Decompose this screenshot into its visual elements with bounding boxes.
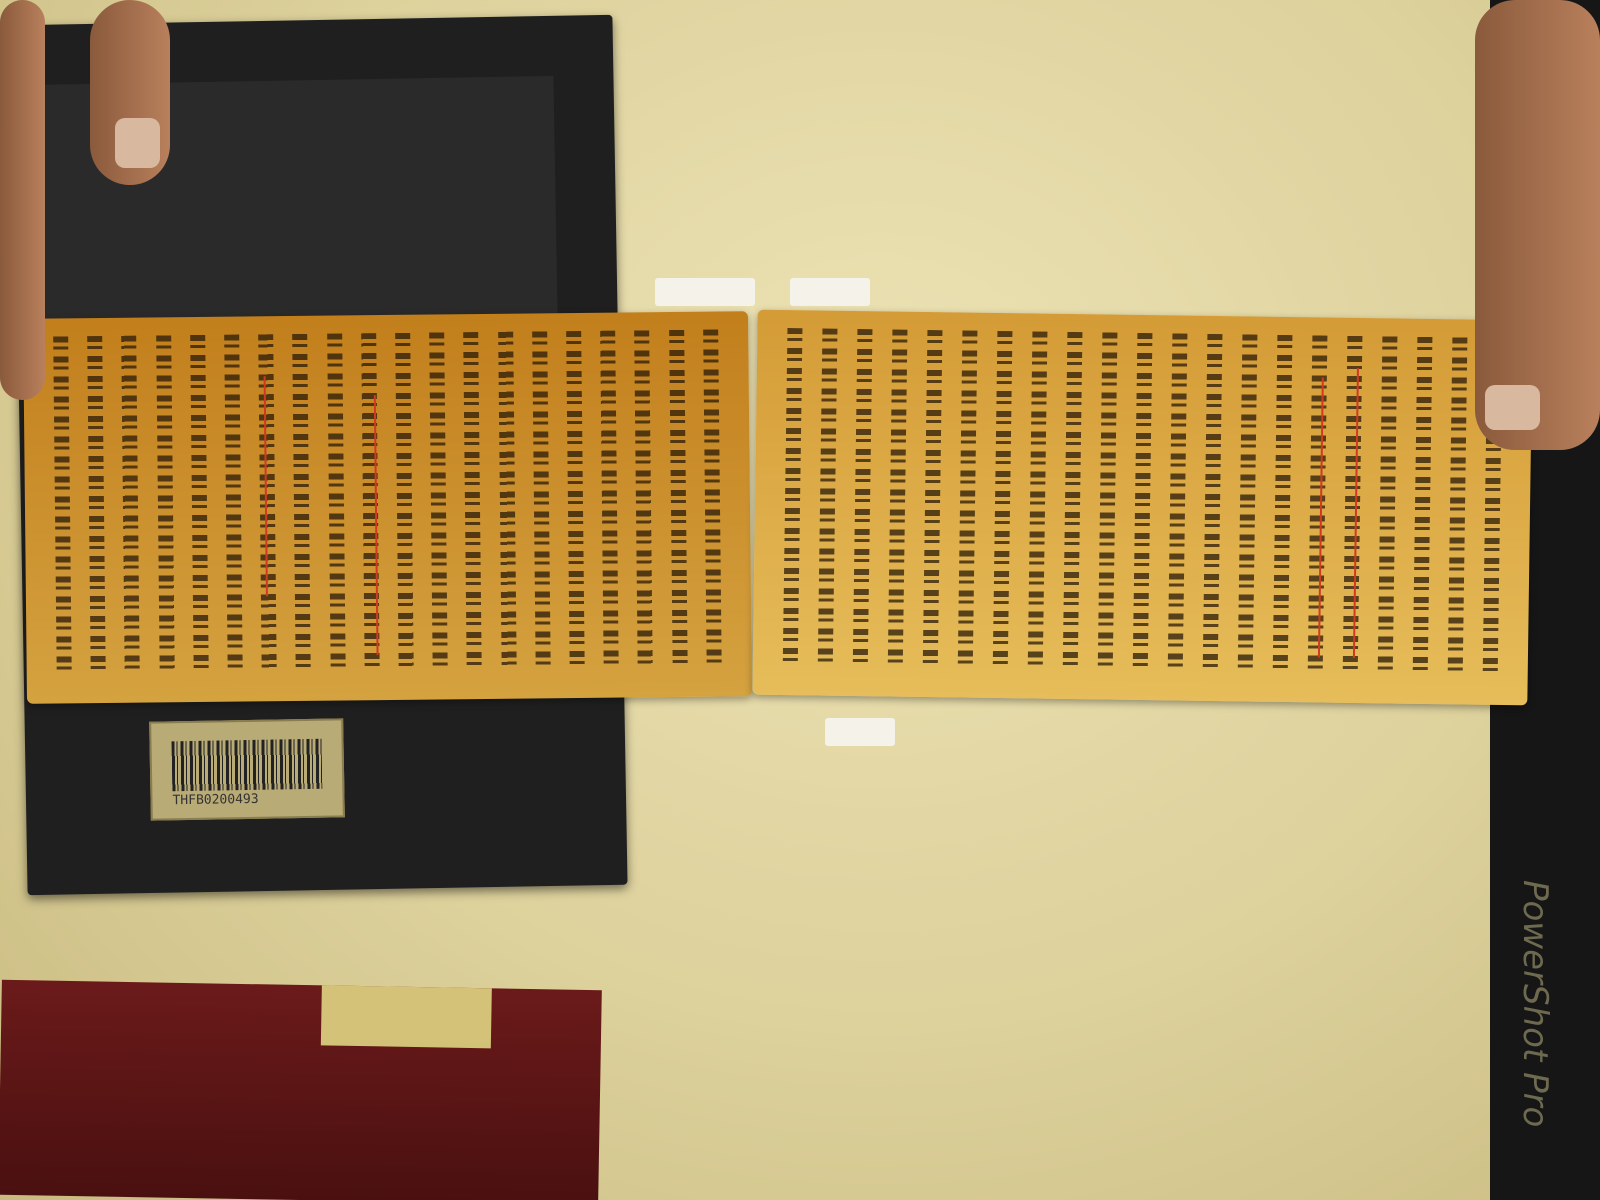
paper-tab — [655, 278, 755, 306]
left-thumbnail — [115, 118, 160, 168]
barcode-text: THFB0200493 — [172, 792, 258, 809]
manuscript — [10, 305, 1530, 720]
left-hand-finger — [0, 0, 45, 400]
barcode — [171, 739, 322, 792]
red-book — [0, 980, 602, 1200]
manuscript-page-left — [23, 311, 752, 704]
camera-box-text: PowerShot Pro — [1515, 880, 1555, 1127]
paper-tab — [825, 718, 895, 746]
manuscript-page-right — [752, 310, 1532, 706]
paper-tab — [790, 278, 870, 306]
barcode-label: THFB0200493 — [149, 718, 345, 820]
red-book-label — [321, 985, 492, 1048]
right-hand — [1475, 0, 1600, 450]
right-thumbnail — [1485, 385, 1540, 430]
